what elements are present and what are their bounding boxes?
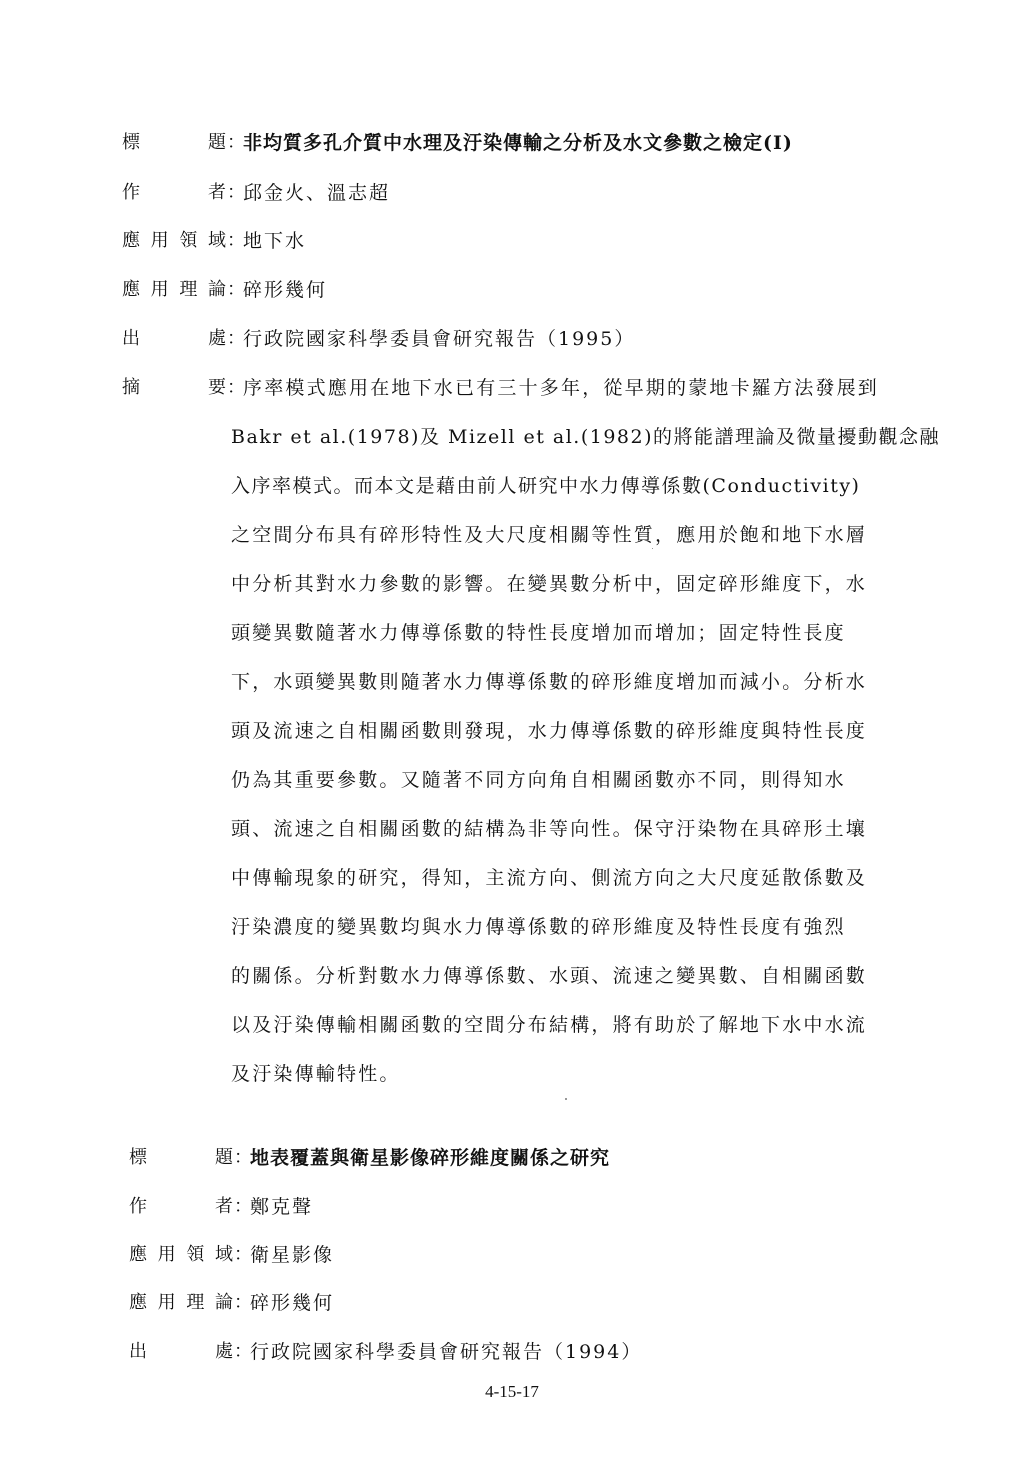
colon: ： — [234, 1143, 250, 1169]
scan-speck — [652, 548, 653, 549]
entry-1-theory: 碎形幾何 — [243, 275, 327, 302]
entry-1-field: 地下水 — [243, 226, 306, 253]
colon: ： — [227, 226, 243, 252]
title-label: 標 題 — [129, 1143, 234, 1169]
abstract-label: 摘 要 — [122, 373, 227, 399]
author-label: 作 者 — [129, 1192, 234, 1218]
entry-2-theory-row: 應 用 理 論 ： 碎形幾何 — [129, 1286, 334, 1316]
abstract-line: 仍為其重要參數。又隨著不同方向角自相關函數亦不同，則得知水 — [231, 763, 871, 793]
entry-2-source-row: 出 處 ： 行政院國家科學委員會研究報告（1994） — [129, 1335, 642, 1365]
entry-2-author: 鄭克聲 — [250, 1192, 313, 1219]
entry-2-source: 行政院國家科學委員會研究報告（1994） — [250, 1337, 642, 1364]
abstract-line: 頭及流速之自相關函數則發現，水力傳導係數的碎形維度與特性長度 — [231, 714, 871, 744]
colon: ： — [227, 275, 243, 301]
colon: ： — [227, 128, 243, 154]
colon: ： — [227, 324, 243, 350]
entry-1-abstract-label-row: 摘 要 ： — [122, 371, 243, 401]
colon: ： — [234, 1192, 250, 1218]
abstract-line: 序率模式應用在地下水已有三十多年，從早期的蒙地卡羅方法發展到 — [243, 371, 871, 401]
theory-label: 應 用 理 論 — [122, 275, 227, 301]
source-label: 出 處 — [122, 324, 227, 350]
abstract-line: 及汙染傳輸特性。 — [231, 1057, 871, 1087]
page-number: 4-15-17 — [0, 1382, 1024, 1402]
abstract-line: 中分析其對水力參數的影響。在變異數分析中，固定碎形維度下，水 — [231, 567, 871, 597]
source-label: 出 處 — [129, 1337, 234, 1363]
entry-1-title-row: 標 題 ： 非均質多孔介質中水理及汙染傳輸之分析及水文參數之檢定(I) — [122, 126, 793, 156]
entry-1-author-row: 作 者 ： 邱金火、溫志超 — [122, 176, 390, 206]
abstract-line: 汙染濃度的變異數均與水力傳導係數的碎形維度及特性長度有強烈 — [231, 910, 871, 940]
field-label: 應 用 領 域 — [122, 226, 227, 252]
abstract-line: 入序率模式。而本文是藉由前人研究中水力傳導係數(Conductivity) — [231, 469, 871, 499]
entry-2-field-row: 應 用 領 域 ： 衛星影像 — [129, 1238, 334, 1268]
theory-label: 應 用 理 論 — [129, 1288, 234, 1314]
entry-2-title: 地表覆蓋與衛星影像碎形維度關係之研究 — [250, 1143, 610, 1170]
abstract-line: Bakr et al.(1978)及 Mizell et al.(1982)的將… — [231, 420, 871, 450]
abstract-line: 的關係。分析對數水力傳導係數、水頭、流速之變異數、自相關函數 — [231, 959, 871, 989]
colon: ： — [227, 178, 243, 204]
entry-1-source-row: 出 處 ： 行政院國家科學委員會研究報告（1995） — [122, 322, 635, 352]
abstract-line: 之空間分布具有碎形特性及大尺度相關等性質，應用於飽和地下水層 — [231, 518, 871, 548]
abstract-line: 中傳輸現象的研究，得知，主流方向、側流方向之大尺度延散係數及 — [231, 861, 871, 891]
document-page: 標 題 ： 非均質多孔介質中水理及汙染傳輸之分析及水文參數之檢定(I) 作 者 … — [0, 0, 1024, 1473]
entry-2-author-row: 作 者 ： 鄭克聲 — [129, 1190, 313, 1220]
scan-speck — [565, 1098, 567, 1100]
colon: ： — [234, 1240, 250, 1266]
entry-1-theory-row: 應 用 理 論 ： 碎形幾何 — [122, 273, 327, 303]
field-label: 應 用 領 域 — [129, 1240, 234, 1266]
abstract-line: 以及汙染傳輸相關函數的空間分布結構，將有助於了解地下水中水流 — [231, 1008, 871, 1038]
abstract-line: 頭變異數隨著水力傳導係數的特性長度增加而增加；固定特性長度 — [231, 616, 871, 646]
colon: ： — [234, 1288, 250, 1314]
entry-2-title-row: 標 題 ： 地表覆蓋與衛星影像碎形維度關係之研究 — [129, 1141, 610, 1171]
colon: ： — [227, 373, 243, 399]
abstract-line: 頭、流速之自相關函數的結構為非等向性。保守汙染物在具碎形土壤 — [231, 812, 871, 842]
entry-1-title: 非均質多孔介質中水理及汙染傳輸之分析及水文參數之檢定(I) — [243, 128, 793, 155]
author-label: 作 者 — [122, 178, 227, 204]
colon: ： — [234, 1337, 250, 1363]
title-label: 標 題 — [122, 128, 227, 154]
entry-1-author: 邱金火、溫志超 — [243, 178, 390, 205]
abstract-line: 下，水頭變異數則隨著水力傳導係數的碎形維度增加而減小。分析水 — [231, 665, 871, 695]
entry-1-source: 行政院國家科學委員會研究報告（1995） — [243, 324, 635, 351]
entry-2-theory: 碎形幾何 — [250, 1288, 334, 1315]
entry-2-field: 衛星影像 — [250, 1240, 334, 1267]
entry-1-field-row: 應 用 領 域 ： 地下水 — [122, 224, 306, 254]
